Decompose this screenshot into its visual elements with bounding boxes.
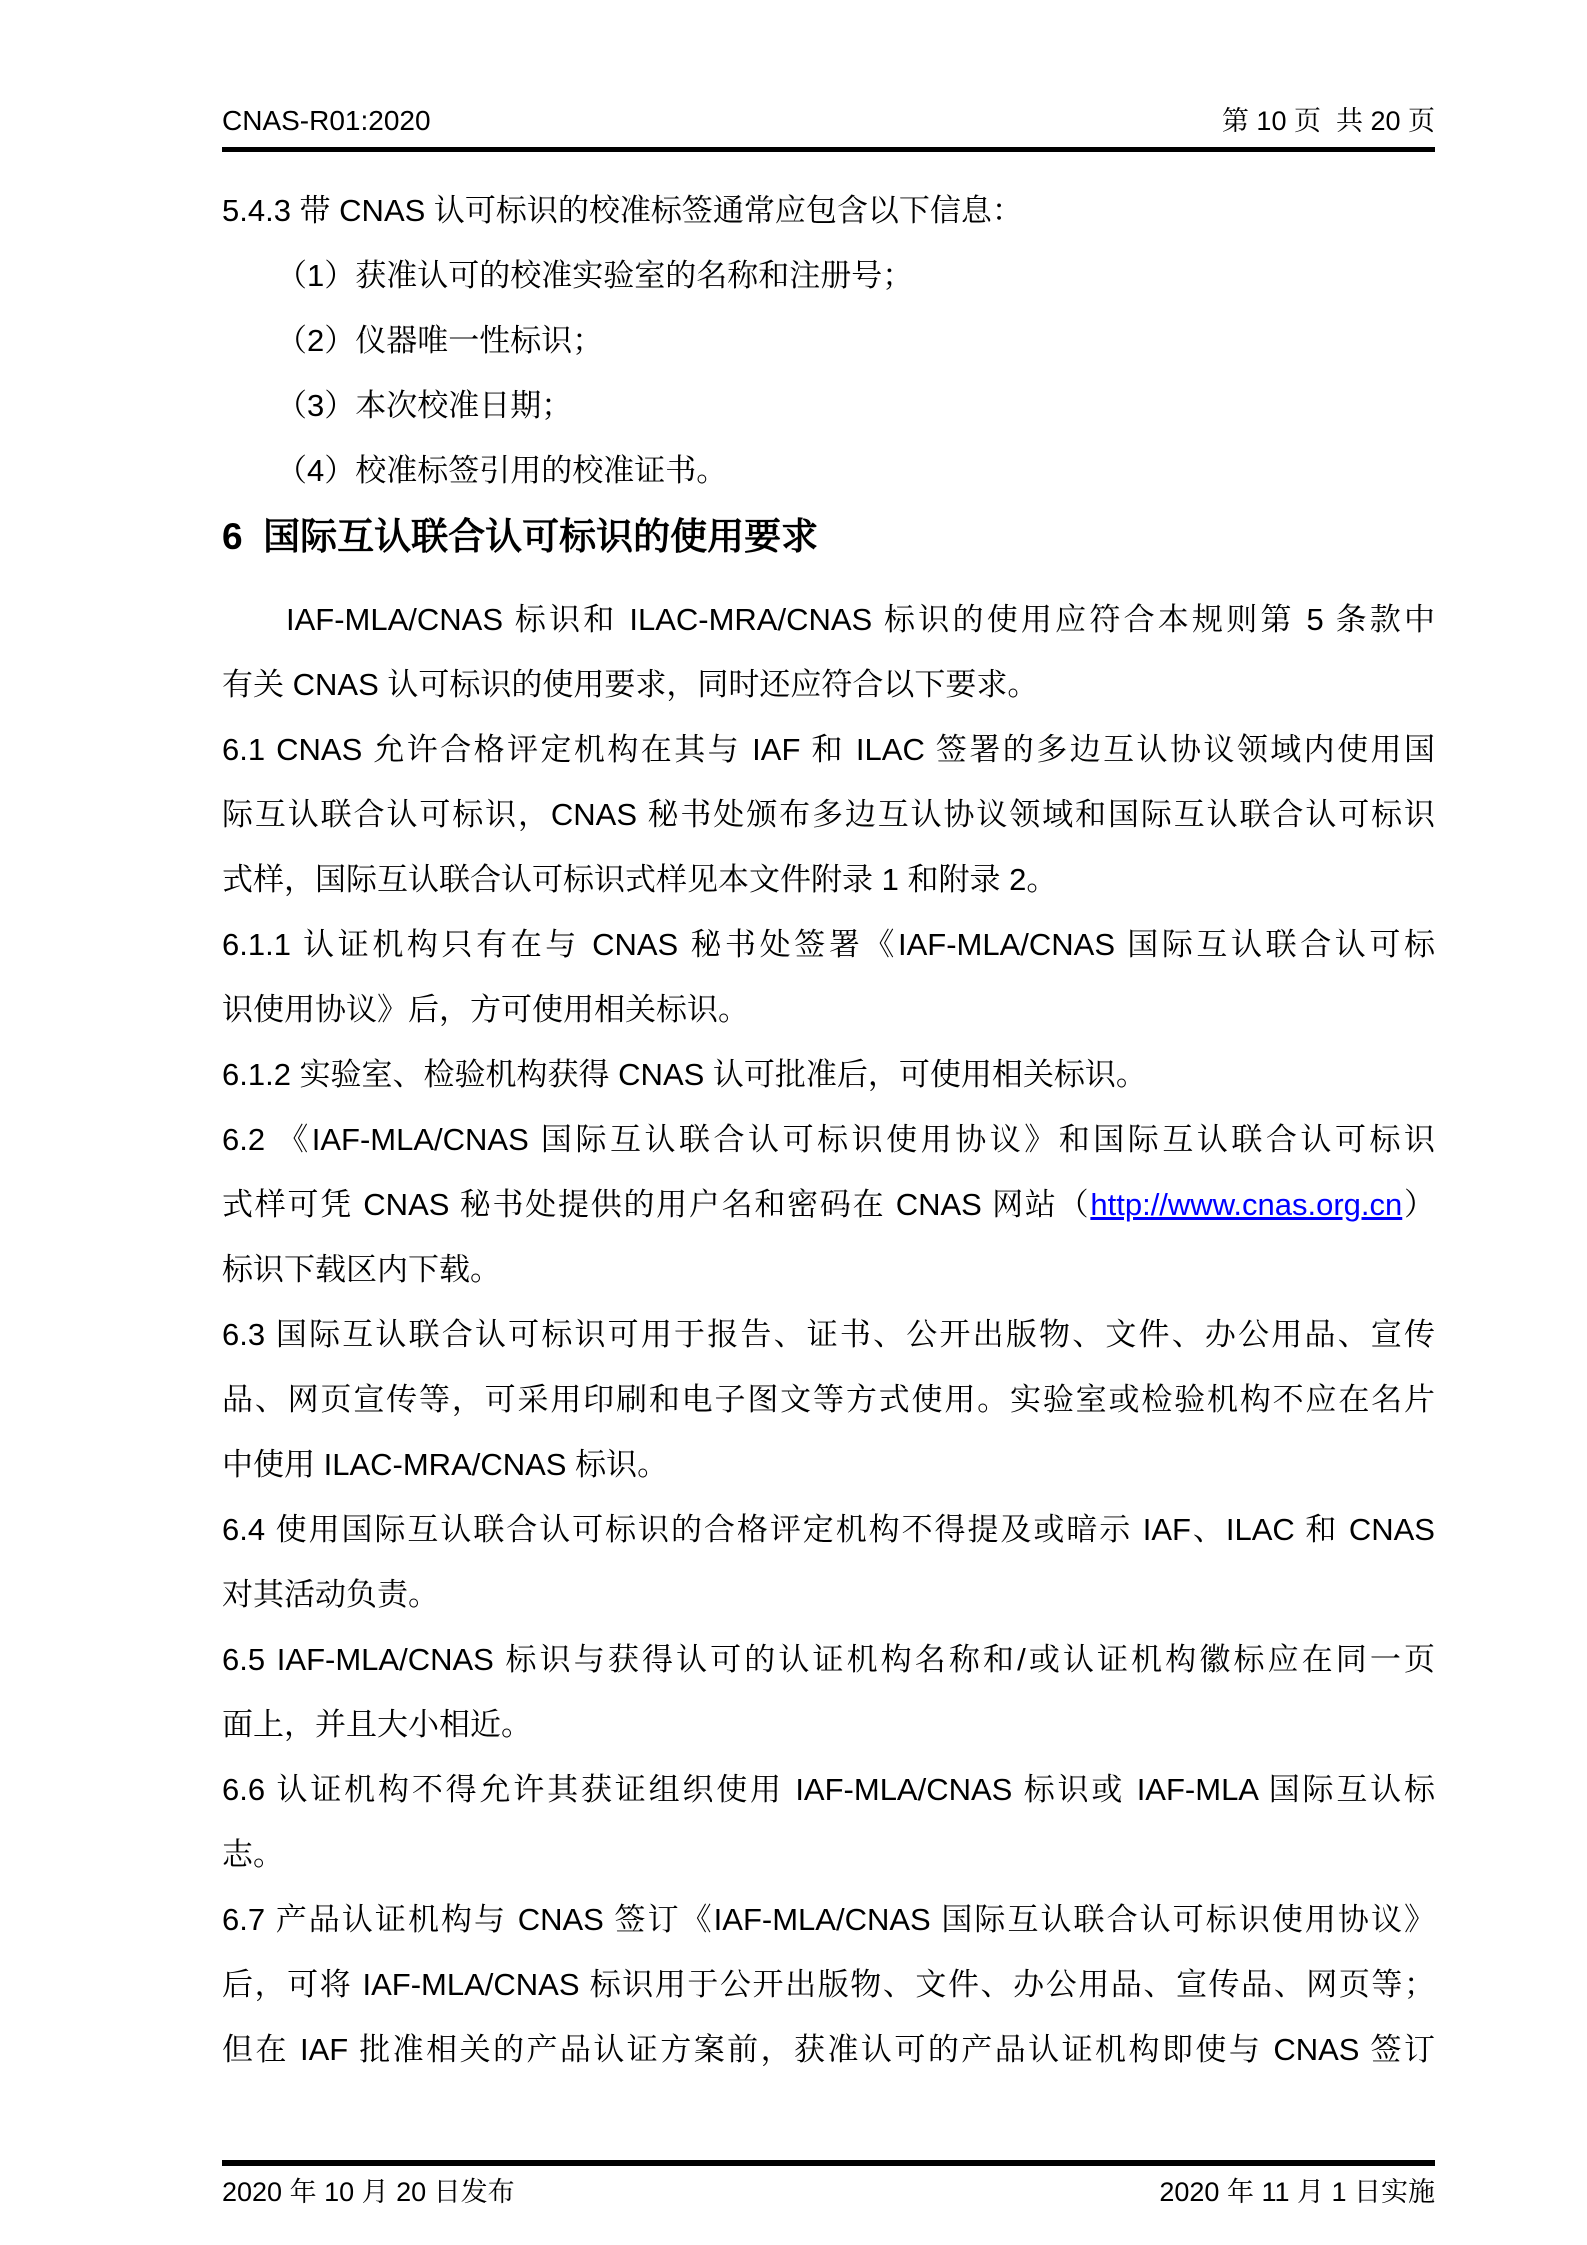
text-line: 品、网页宣传等，可采用印刷和电子图文等方式使用。实验室或检验机构不应在名片 — [222, 1367, 1435, 1432]
document-number: CNAS-R01:2020 — [222, 104, 431, 138]
text-line-with-link: 式样可凭 CNAS 秘书处提供的用户名和密码在 CNAS 网站（http://w… — [222, 1172, 1435, 1237]
clause-6-1-1-line: 6.1.1 认证机构只有在与 CNAS 秘书处签署《IAF-MLA/CNAS 国… — [222, 912, 1435, 977]
list-item-3: （3）本次校准日期； — [222, 373, 1435, 438]
document-page: CNAS-R01:2020 第 10 页 共 20 页 5.4.3 带 CNAS… — [0, 0, 1587, 2245]
text-line: 式样，国际互认联合认可标识式样见本文件附录 1 和附录 2。 — [222, 847, 1435, 912]
page-header: CNAS-R01:2020 第 10 页 共 20 页 — [222, 104, 1435, 138]
clause-5-4-3: 5.4.3 带 CNAS 认可标识的校准标签通常应包含以下信息： — [222, 178, 1435, 243]
text-line: 标识下载区内下载。 — [222, 1237, 1435, 1302]
implementation-date: 2020 年 11 月 1 日实施 — [1159, 2170, 1435, 2214]
text-line: 中使用 ILAC-MRA/CNAS 标识。 — [222, 1432, 1435, 1497]
link-line-prefix: 式样可凭 CNAS 秘书处提供的用户名和密码在 CNAS 网站（ — [222, 1187, 1090, 1222]
clause-6-1-2-line: 6.1.2 实验室、检验机构获得 CNAS 认可批准后，可使用相关标识。 — [222, 1042, 1435, 1107]
clause-6-4-line: 6.4 使用国际互认联合认可标识的合格评定机构不得提及或暗示 IAF、ILAC … — [222, 1497, 1435, 1562]
document-body: 5.4.3 带 CNAS 认可标识的校准标签通常应包含以下信息： （1）获准认可… — [222, 178, 1435, 2082]
text-line: 际互认联合认可标识，CNAS 秘书处颁布多边互认协议领域和国际互认联合认可标识 — [222, 782, 1435, 847]
text-line: 志。 — [222, 1822, 1435, 1887]
clause-6-2-line: 6.2 《IAF-MLA/CNAS 国际互认联合认可标识使用协议》和国际互认联合… — [222, 1107, 1435, 1172]
text-line: 有关 CNAS 认可标识的使用要求，同时还应符合以下要求。 — [222, 652, 1435, 717]
text-line: 面上，并且大小相近。 — [222, 1692, 1435, 1757]
list-item-2: （2）仪器唯一性标识； — [222, 308, 1435, 373]
text-line: 对其活动负责。 — [222, 1562, 1435, 1627]
link-line-suffix: ） — [1402, 1187, 1435, 1222]
text-line: 识使用协议》后，方可使用相关标识。 — [222, 977, 1435, 1042]
clause-6-6-line: 6.6 认证机构不得允许其获证组织使用 IAF-MLA/CNAS 标识或 IAF… — [222, 1757, 1435, 1822]
page-number-indicator: 第 10 页 共 20 页 — [1222, 104, 1435, 138]
issue-date: 2020 年 10 月 20 日发布 — [222, 2170, 515, 2214]
text-line: 但在 IAF 批准相关的产品认证方案前，获准认可的产品认证机构即使与 CNAS … — [222, 2017, 1435, 2082]
header-rule — [222, 147, 1435, 152]
clause-6-1-line: 6.1 CNAS 允许合格评定机构在其与 IAF 和 ILAC 签署的多边互认协… — [222, 717, 1435, 782]
page-footer: 2020 年 10 月 20 日发布 2020 年 11 月 1 日实施 — [222, 2170, 1435, 2214]
text-line: IAF-MLA/CNAS 标识和 ILAC-MRA/CNAS 标识的使用应符合本… — [222, 587, 1435, 652]
section-6-heading: 6 国际互认联合认可标识的使用要求 — [222, 503, 1435, 571]
list-item-1: （1）获准认可的校准实验室的名称和注册号； — [222, 243, 1435, 308]
list-item-4: （4）校准标签引用的校准证书。 — [222, 438, 1435, 503]
footer-rule — [222, 2160, 1435, 2166]
cnas-website-link[interactable]: http://www.cnas.org.cn — [1090, 1187, 1402, 1222]
text-line: 后，可将 IAF-MLA/CNAS 标识用于公开出版物、文件、办公用品、宣传品、… — [222, 1952, 1435, 2017]
clause-6-7-line: 6.7 产品认证机构与 CNAS 签订《IAF-MLA/CNAS 国际互认联合认… — [222, 1887, 1435, 1952]
clause-6-5-line: 6.5 IAF-MLA/CNAS 标识与获得认可的认证机构名称和/或认证机构徽标… — [222, 1627, 1435, 1692]
clause-6-3-line: 6.3 国际互认联合认可标识可用于报告、证书、公开出版物、文件、办公用品、宣传 — [222, 1302, 1435, 1367]
